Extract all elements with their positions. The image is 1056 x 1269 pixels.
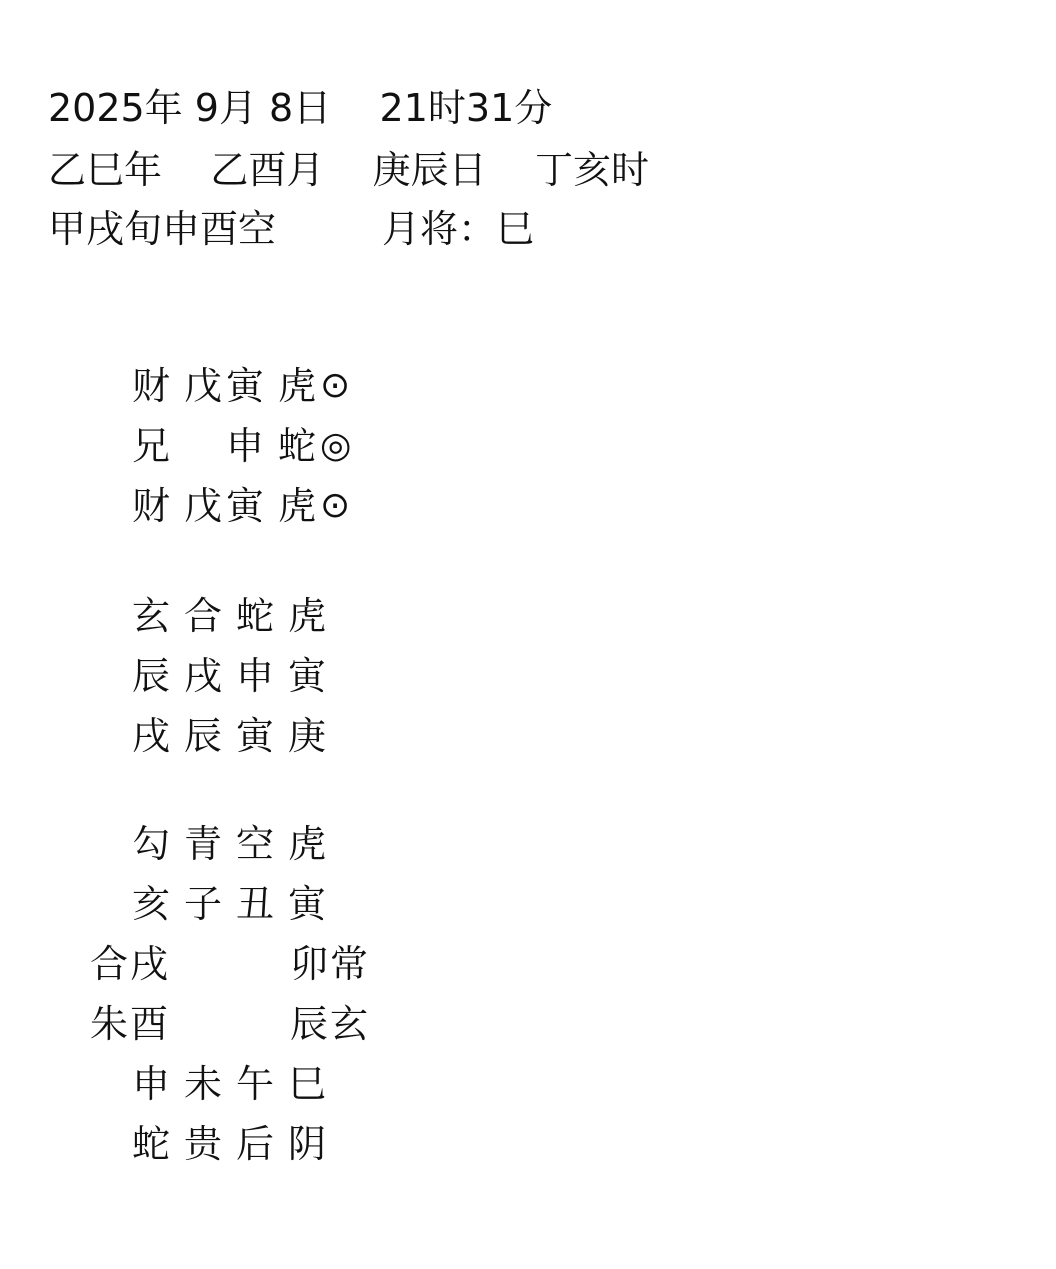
bottom-general: 蛇 bbox=[132, 1122, 176, 1166]
chuan-branch: 寅 bbox=[226, 484, 270, 528]
top-general: 虎 bbox=[288, 822, 332, 866]
chuan-relation: 财 bbox=[132, 364, 176, 408]
bottom-general: 贵 bbox=[184, 1122, 228, 1166]
top-general: 勾 bbox=[132, 822, 176, 866]
top-branch: 亥 bbox=[132, 882, 176, 926]
chuan-dun: 戊 bbox=[184, 484, 228, 528]
chuan-general: 虎 bbox=[278, 484, 322, 528]
ke-lower: 辰 bbox=[184, 714, 228, 758]
right-branch: 卯 bbox=[290, 942, 334, 986]
bottom-branch: 巳 bbox=[288, 1062, 332, 1106]
ke-upper: 申 bbox=[236, 654, 280, 698]
ganzhi-text: 乙巳年 乙酉月 庚辰日 丁亥时 bbox=[48, 148, 649, 192]
chuan-relation: 兄 bbox=[132, 424, 176, 468]
yuejiang-text: 月将：巳 bbox=[382, 207, 534, 251]
datetime-text: 2025年 9月 8日 21时31分 bbox=[48, 86, 552, 130]
chuan-branch: 寅 bbox=[226, 364, 270, 408]
ke-general: 蛇 bbox=[236, 594, 280, 638]
ke-general: 玄 bbox=[132, 594, 176, 638]
chuan-dun: 戊 bbox=[184, 364, 228, 408]
left-branch: 戌 bbox=[130, 942, 174, 986]
right-general: 常 bbox=[330, 942, 374, 986]
bottom-general: 后 bbox=[236, 1122, 280, 1166]
top-general: 青 bbox=[184, 822, 228, 866]
ke-upper: 辰 bbox=[132, 654, 176, 698]
left-general: 朱 bbox=[90, 1002, 134, 1046]
ke-lower: 戌 bbox=[132, 714, 176, 758]
ke-upper: 寅 bbox=[288, 654, 332, 698]
ke-lower: 寅 bbox=[236, 714, 280, 758]
ke-general: 合 bbox=[184, 594, 228, 638]
top-branch: 丑 bbox=[236, 882, 280, 926]
top-branch: 寅 bbox=[288, 882, 332, 926]
chuan-general: 蛇 bbox=[278, 424, 322, 468]
ke-upper: 戌 bbox=[184, 654, 228, 698]
double-circle-icon: ◎ bbox=[320, 424, 351, 468]
left-branch: 酉 bbox=[130, 1002, 174, 1046]
sun-circle-icon: ⊙ bbox=[320, 484, 350, 528]
right-branch: 辰 bbox=[290, 1002, 334, 1046]
sun-circle-icon: ⊙ bbox=[320, 364, 350, 408]
left-general: 合 bbox=[90, 942, 134, 986]
bottom-branch: 未 bbox=[184, 1062, 228, 1106]
right-general: 玄 bbox=[330, 1002, 374, 1046]
bottom-branch: 申 bbox=[132, 1062, 176, 1106]
top-branch: 子 bbox=[184, 882, 228, 926]
top-general: 空 bbox=[236, 822, 280, 866]
ke-general: 虎 bbox=[288, 594, 332, 638]
bottom-branch: 午 bbox=[236, 1062, 280, 1106]
xunkong-text: 甲戌旬申酉空 bbox=[48, 207, 276, 251]
chuan-branch: 申 bbox=[226, 424, 270, 468]
chuan-relation: 财 bbox=[132, 484, 176, 528]
ke-lower: 庚 bbox=[288, 714, 332, 758]
chuan-general: 虎 bbox=[278, 364, 322, 408]
bottom-general: 阴 bbox=[288, 1122, 332, 1166]
